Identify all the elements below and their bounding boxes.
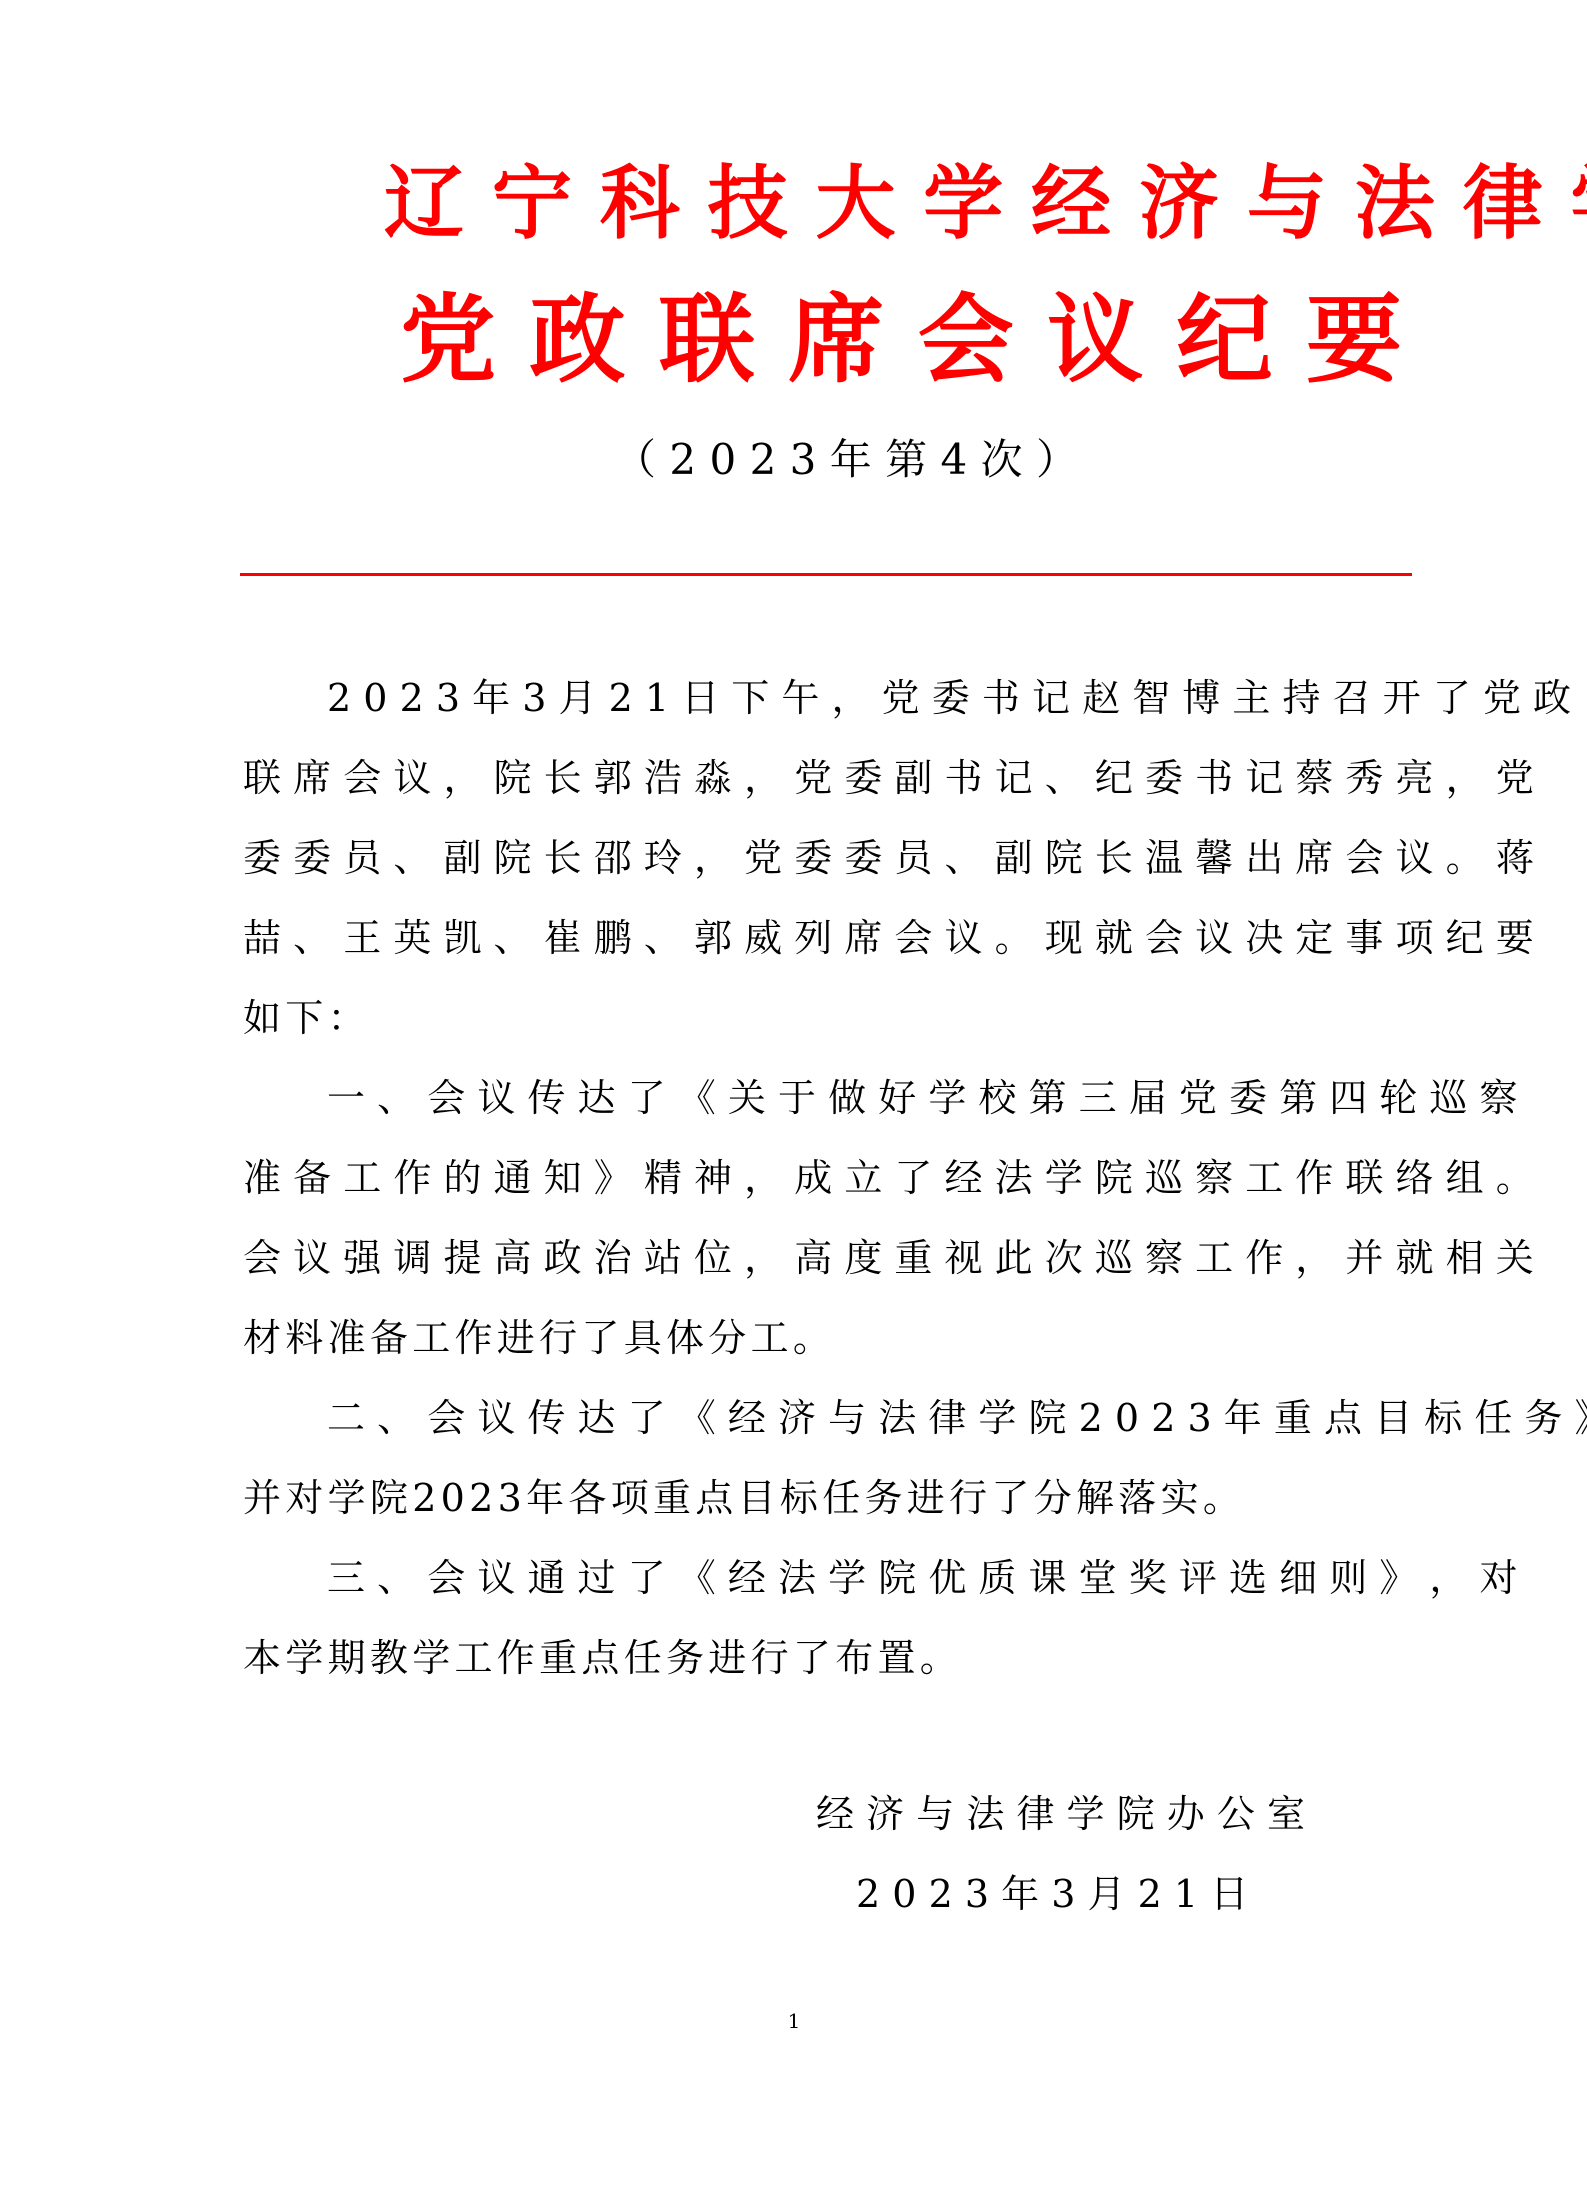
document-title: 党 政 联 席 会 议 纪 要 <box>400 282 1198 398</box>
body-line: 本学期教学工作重点任务进行了布置。 <box>243 1630 1343 1686</box>
body-line: 喆 、 王 英 凯 、 崔 鹏 、 郭 威 列 席 会 议 。 现 就 会 议 … <box>243 910 1343 966</box>
body-line: 准 备 工 作 的 通 知 》 精 神 ， 成 立 了 经 法 学 院 巡 察 … <box>243 1150 1343 1206</box>
body-line: 一 、 会 议 传 达 了 《 关 于 做 好 学 校 第 三 届 党 委 第 … <box>327 1070 1343 1126</box>
red-divider <box>240 573 1412 576</box>
body-line: 三 、 会 议 通 过 了 《 经 法 学 院 优 质 课 堂 奖 评 选 细 … <box>327 1550 1343 1606</box>
body-line: 会 议 强 调 提 高 政 治 站 位 ， 高 度 重 视 此 次 巡 察 工 … <box>243 1230 1343 1286</box>
body-line: 2 0 2 3 年 3 月 2 1 日 下 午 ， 党 委 书 记 赵 智 博 … <box>327 670 1343 726</box>
body-line: 材料准备工作进行了具体分工。 <box>243 1310 1343 1366</box>
issue-date: 2 0 2 3 年 3 月 2 1 日 <box>856 1866 1184 1922</box>
issuer-signature: 经 济 与 法 律 学 院 办 公 室 <box>816 1786 1242 1842</box>
organization-title: 辽 宁 科 技 大 学 经 济 与 法 律 学 院 <box>384 152 1207 256</box>
issue-number: （ 2 0 2 3 年 第 4 次 ） <box>614 428 966 492</box>
body-line: 二 、 会 议 传 达 了 《 经 济 与 法 律 学 院 2 0 2 3 年 … <box>327 1390 1343 1446</box>
body-line: 联 席 会 议 ， 院 长 郭 浩 淼 ， 党 委 副 书 记 、 纪 委 书 … <box>243 750 1343 806</box>
page-number: 1 <box>780 2005 808 2037</box>
body-line: 并对学院2023年各项重点目标任务进行了分解落实。 <box>243 1470 1343 1526</box>
body-line: 如下： <box>243 990 1343 1046</box>
body-line: 委 委 员 、 副 院 长 邵 玲 ， 党 委 委 员 、 副 院 长 温 馨 … <box>243 830 1343 886</box>
